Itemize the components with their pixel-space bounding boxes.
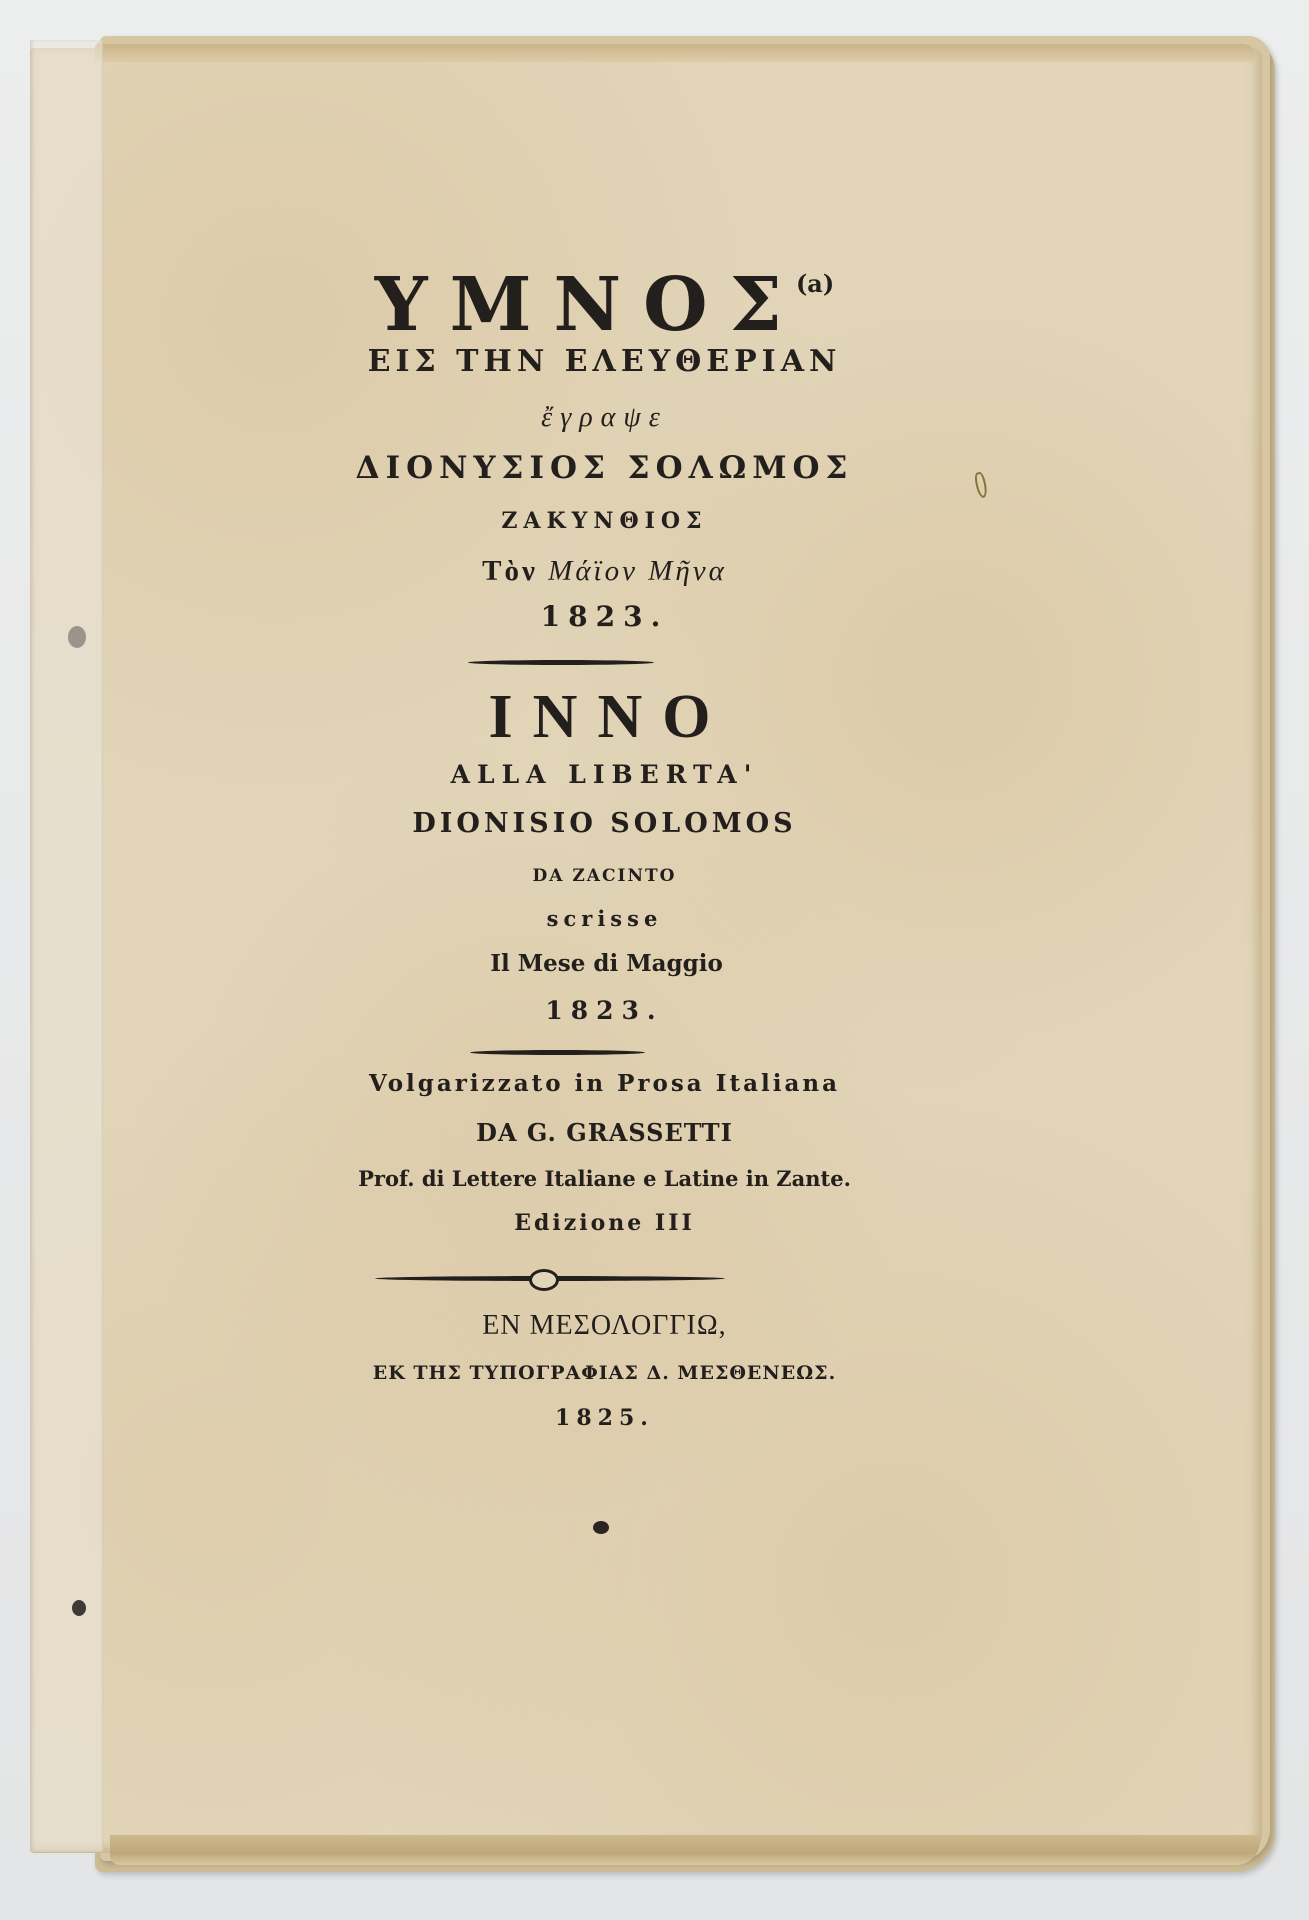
greek-title: ΥΜΝΟΣ(a) <box>0 262 1259 348</box>
imprint-place: ΕΝ ΜΕΣΟΛΟΓΓΙΩ, <box>0 1310 1259 1342</box>
divider-rule-1 <box>468 660 654 665</box>
greek-title-text: ΥΜΝΟΣ <box>375 262 804 348</box>
italian-month: Il Mese di Maggio <box>0 950 1261 977</box>
greek-month-word: Μῆνα <box>648 555 727 587</box>
translation-note: Volgarizzato in Prosa Italiana <box>0 1070 1259 1097</box>
translator-name: DA G. GRASSETTI <box>0 1118 1259 1147</box>
greek-year: 1823. <box>0 600 1259 633</box>
ink-blot <box>593 1521 609 1534</box>
scanned-title-page: ΥΜΝΟΣ(a) ΕΙΣ ΤΗΝ ΕΛΕΥΘΕΡΙΑΝ ἔγραψε ΔΙΟΝΥ… <box>0 0 1309 1920</box>
greek-author: ΔΙΟΝΥΣΙΟΣ ΣΟΛΩΜΟΣ <box>0 450 1259 486</box>
italian-title: INNO <box>0 682 1264 753</box>
torn-top-edge <box>95 44 1255 62</box>
imprint-year: 1825. <box>0 1405 1259 1431</box>
greek-origin: ΖΑΚΥΝΘΙΟΣ <box>0 508 1259 534</box>
footnote-marker: (a) <box>796 269 834 298</box>
ornament-icon <box>529 1269 559 1291</box>
italian-year: 1823. <box>0 996 1259 1025</box>
italian-wrote: scrisse <box>0 906 1259 931</box>
greek-month-name: Μάϊον <box>548 555 638 587</box>
greek-subtitle: ΕΙΣ ΤΗΝ ΕΛΕΥΘΕΡΙΑΝ <box>0 344 1259 379</box>
torn-bottom-edge <box>110 1835 1260 1865</box>
edition-number: Edizione III <box>0 1210 1259 1236</box>
italian-subtitle: ALLA LIBERTA' <box>0 760 1259 789</box>
greek-wrote: ἔγραψε <box>0 402 1259 434</box>
translator-credentials: Prof. di Lettere Italiane e Latine in Za… <box>0 1166 1259 1191</box>
divider-rule-2 <box>470 1050 645 1055</box>
imprint-printer: ΕΚ ΤΗΣ ΤΥΠΟΓΡΑΦΙΑΣ Δ. ΜΕΣΘΕΝΕΩΣ. <box>0 1362 1259 1384</box>
italian-author: DIONISIO SOLOMOS <box>0 808 1259 839</box>
binding-hole-lower <box>72 1600 86 1616</box>
greek-month: Τὸν Μάϊον Μῆνα <box>0 555 1259 588</box>
greek-month-prefix: Τὸν <box>482 555 538 587</box>
italian-origin: DA ZACINTO <box>0 866 1259 886</box>
